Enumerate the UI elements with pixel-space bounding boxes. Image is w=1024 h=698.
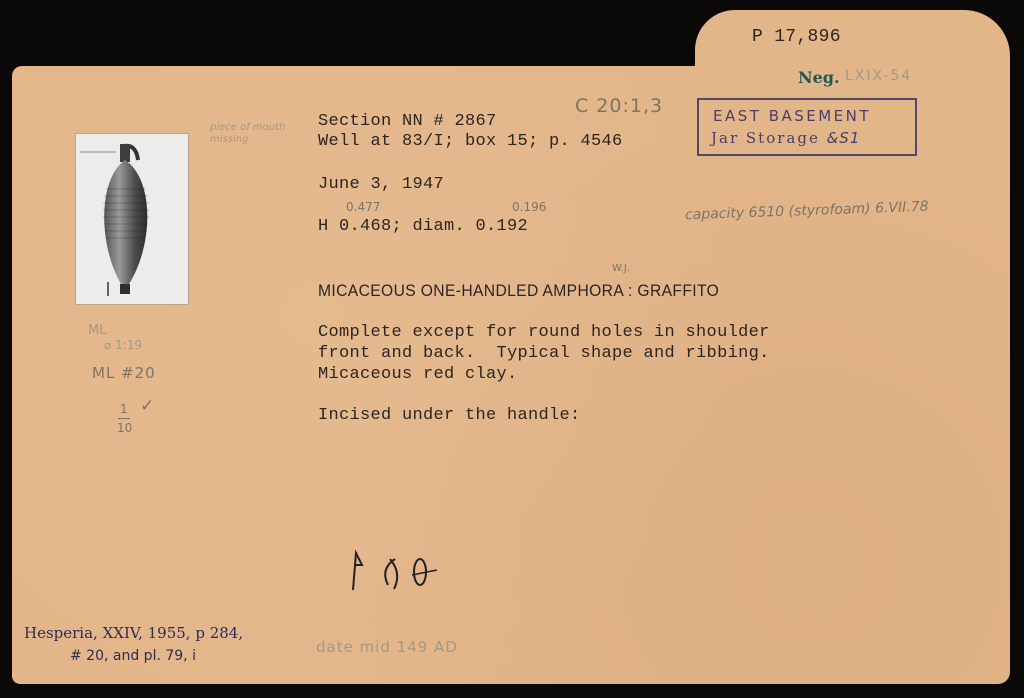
description-line-1: Complete except for round holes in shoul… [318, 323, 770, 342]
negative-label: Neg. [798, 68, 840, 87]
corrected-height: 0.477 [346, 200, 380, 214]
fraction-bar [118, 418, 130, 419]
graffito-drawing [340, 545, 440, 600]
bibliography-line-2: # 20, and pl. 79, i [70, 648, 196, 664]
location-line: Well at 83/I; box 15; p. 4546 [318, 132, 623, 151]
stamp-handwritten-text: &S1 [827, 129, 861, 147]
catalog-number: P 17,896 [752, 27, 841, 47]
stamp-line-1: EAST BASEMENT [713, 107, 871, 125]
stamp-printed-text: Jar Storage [711, 129, 820, 147]
date-note: date mid 149 AD [316, 638, 458, 656]
inscription-intro: Incised under the handle: [318, 406, 581, 425]
check-mark: ✓ [140, 396, 154, 416]
negative-number: LXIX-54 [845, 68, 912, 84]
description-line-3: Micaceous red clay. [318, 365, 518, 384]
faint-note: piece of mouth missing [210, 122, 315, 146]
object-title: MICACEOUS ONE-HANDLED AMPHORA : GRAFFITO [318, 281, 719, 301]
fraction-denominator: 10 [117, 421, 132, 435]
section-line: Section NN # 2867 [318, 112, 497, 131]
stamp-line-2: Jar Storage &S1 [711, 129, 860, 147]
ml-note-1: ML [88, 323, 106, 338]
bibliography-line-1: Hesperia, XXIV, 1955, p 284, [24, 624, 243, 642]
date-line: June 3, 1947 [318, 175, 444, 194]
description-line-2: front and back. Typical shape and ribbin… [318, 344, 770, 363]
amphora-image [76, 134, 189, 305]
grid-annotation: C 20:1,3 [575, 95, 663, 117]
title-annotation: W.J. [612, 263, 630, 274]
dimensions-line: H 0.468; diam. 0.192 [318, 217, 528, 236]
amphora-photo [75, 133, 189, 305]
storage-stamp: EAST BASEMENT Jar Storage &S1 [697, 98, 917, 156]
fraction-numerator: 1 [120, 402, 128, 416]
ml-note-3: ML #20 [92, 364, 156, 382]
corrected-diameter: 0.196 [512, 200, 546, 214]
ml-note-2: ⌀ 1:19 [104, 338, 142, 352]
